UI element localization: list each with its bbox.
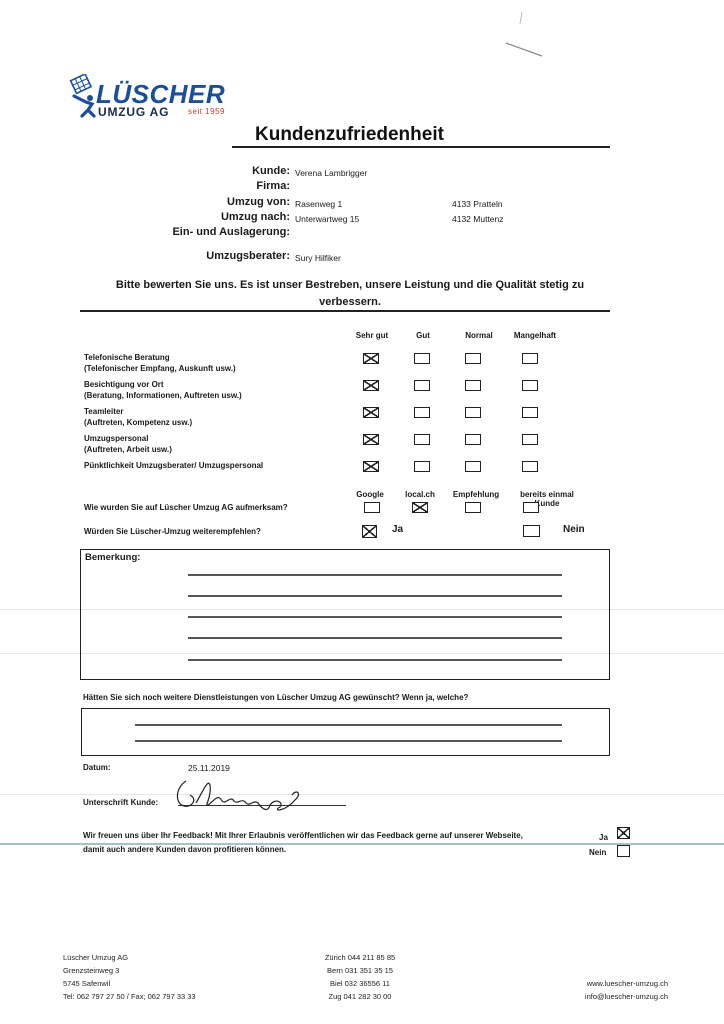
rating-checkbox-gut[interactable] xyxy=(414,380,430,391)
advisor-value: Sury Hilfiker xyxy=(295,253,341,263)
source-option-label: Google xyxy=(340,490,400,499)
mover-icon xyxy=(68,74,98,120)
rating-checkbox-sehr-gut[interactable] xyxy=(363,380,379,391)
footer-email-link[interactable]: info@luescher-umzug.ch xyxy=(540,990,668,1003)
move-from-value: Rasenweg 1 xyxy=(295,199,342,209)
services-question-label: Hätten Sie sich noch weitere Dienstleist… xyxy=(83,693,468,702)
advisor-label: Umzugsberater: xyxy=(90,250,290,262)
remarks-line xyxy=(188,637,562,639)
customer-value: Verena Lambrigger xyxy=(295,168,367,178)
recommend-question-label: Würden Sie Lüscher-Umzug weiterempfehlen… xyxy=(84,526,261,537)
rating-row-subtitle: (Telefonischer Empfang, Auskunft usw.) xyxy=(84,363,236,374)
rating-row-title: Telefonische Beratung xyxy=(84,352,170,363)
rating-row-title: Teamleiter xyxy=(84,406,123,417)
footer-address-line: 5745 Safenwil xyxy=(63,977,196,990)
rating-row-title: Umzugspersonal xyxy=(84,433,148,444)
footer-address: Lüscher Umzug AG Grenzsteinweg 3 5745 Sa… xyxy=(63,951,196,1003)
rating-checkbox-sehr-gut[interactable] xyxy=(363,461,379,472)
rating-checkbox-normal[interactable] xyxy=(465,434,481,445)
rating-checkbox-normal[interactable] xyxy=(465,380,481,391)
source-checkbox-empfehlung[interactable] xyxy=(465,502,481,513)
source-option-label: local.ch xyxy=(398,490,442,499)
move-to-label: Umzug nach: xyxy=(90,211,290,223)
rating-checkbox-sehr-gut[interactable] xyxy=(363,407,379,418)
source-option-label: Empfehlung xyxy=(448,490,504,499)
rating-checkbox-gut[interactable] xyxy=(414,434,430,445)
customer-label: Kunde: xyxy=(90,165,290,177)
source-checkbox-local-ch[interactable] xyxy=(412,502,428,513)
move-from-city: 4133 Pratteln xyxy=(452,199,503,209)
rating-checkbox-sehr-gut[interactable] xyxy=(363,434,379,445)
company-subname: UMZUG AG xyxy=(98,105,169,119)
date-label: Datum: xyxy=(83,763,111,772)
signature-drawing xyxy=(172,777,322,815)
rating-checkbox-sehr-gut[interactable] xyxy=(363,353,379,364)
company-label: Firma: xyxy=(90,180,290,192)
services-line xyxy=(135,740,562,742)
rating-checkbox-mangelhaft[interactable] xyxy=(522,353,538,364)
remarks-line xyxy=(188,595,562,597)
recommend-yes-label: Ja xyxy=(392,524,403,535)
source-checkbox-google[interactable] xyxy=(364,502,380,513)
footer-address-line: Tel: 062 797 27 50 / Fax; 062 797 33 33 xyxy=(63,990,196,1003)
remarks-line xyxy=(188,574,562,576)
scan-mark-icon xyxy=(500,10,550,60)
consent-text-line1: Wir freuen uns über Ihr Feedback! Mit Ih… xyxy=(83,831,523,840)
footer-web: www.luescher-umzug.ch info@luescher-umzu… xyxy=(540,977,668,1003)
source-option-label: bereits einmal Kunde xyxy=(507,490,587,508)
consent-no-label: Nein xyxy=(589,848,606,857)
footer-branch: Zürich 044 211 85 85 xyxy=(300,951,420,964)
intro-text: Bitte bewerten Sie uns. Es ist unser Bes… xyxy=(90,277,610,311)
rating-checkbox-mangelhaft[interactable] xyxy=(522,407,538,418)
source-question-label: Wie wurden Sie auf Lüscher Umzug AG aufm… xyxy=(84,502,288,513)
company-since: seit 1959 xyxy=(188,107,225,116)
rating-checkbox-normal[interactable] xyxy=(465,461,481,472)
footer-branch: Bern 031 351 35 15 xyxy=(300,964,420,977)
move-to-city: 4132 Muttenz xyxy=(452,214,504,224)
rating-row-title: Pünktlichkeit Umzugsberater/ Umzugsperso… xyxy=(84,460,263,471)
services-box[interactable] xyxy=(81,708,610,756)
storage-label: Ein- und Auslagerung: xyxy=(90,226,290,238)
footer-address-line: Grenzsteinweg 3 xyxy=(63,964,196,977)
consent-yes-checkbox[interactable] xyxy=(617,827,630,839)
source-checkbox-bereits-einmal-kunde[interactable] xyxy=(523,502,539,513)
move-to-value: Unterwartweg 15 xyxy=(295,214,359,224)
intro-rule xyxy=(80,310,610,312)
rating-checkbox-mangelhaft[interactable] xyxy=(522,434,538,445)
page-title: Kundenzufriedenheit xyxy=(255,124,444,146)
date-value: 25.11.2019 xyxy=(188,763,230,773)
rating-checkbox-normal[interactable] xyxy=(465,407,481,418)
consent-yes-label: Ja xyxy=(599,833,608,842)
rating-row-title: Besichtigung vor Ort xyxy=(84,379,164,390)
column-mangelhaft: Mangelhaft xyxy=(500,331,570,340)
footer-website-link[interactable]: www.luescher-umzug.ch xyxy=(540,977,668,990)
rating-row-subtitle: (Beratung, Informationen, Auftreten usw.… xyxy=(84,390,242,401)
consent-text-line2: damit auch andere Kunden davon profitier… xyxy=(83,845,286,854)
rating-checkbox-normal[interactable] xyxy=(465,353,481,364)
rating-checkbox-mangelhaft[interactable] xyxy=(522,461,538,472)
remarks-line xyxy=(188,659,562,661)
recommend-no-label: Nein xyxy=(563,524,585,535)
remarks-label: Bemerkung: xyxy=(85,552,140,563)
services-line xyxy=(135,724,562,726)
consent-no-checkbox[interactable] xyxy=(617,845,630,857)
footer-address-line: Lüscher Umzug AG xyxy=(63,951,196,964)
recommend-yes-checkbox[interactable] xyxy=(362,525,377,538)
scan-artifact xyxy=(0,794,724,795)
footer-branches: Zürich 044 211 85 85 Bern 031 351 35 15 … xyxy=(300,951,420,1003)
footer-branch: Zug 041 282 30 00 xyxy=(300,990,420,1003)
rating-checkbox-gut[interactable] xyxy=(414,353,430,364)
rating-row-subtitle: (Auftreten, Arbeit usw.) xyxy=(84,444,172,455)
move-from-label: Umzug von: xyxy=(90,196,290,208)
footer-branch: Biel 032 36556 11 xyxy=(300,977,420,990)
title-rule xyxy=(232,146,610,148)
remarks-line xyxy=(188,616,562,618)
rating-checkbox-gut[interactable] xyxy=(414,407,430,418)
rating-row-subtitle: (Auftreten, Kompetenz usw.) xyxy=(84,417,192,428)
recommend-no-checkbox[interactable] xyxy=(523,525,540,537)
rating-checkbox-gut[interactable] xyxy=(414,461,430,472)
rating-checkbox-mangelhaft[interactable] xyxy=(522,380,538,391)
signature-label: Unterschrift Kunde: xyxy=(83,798,158,807)
